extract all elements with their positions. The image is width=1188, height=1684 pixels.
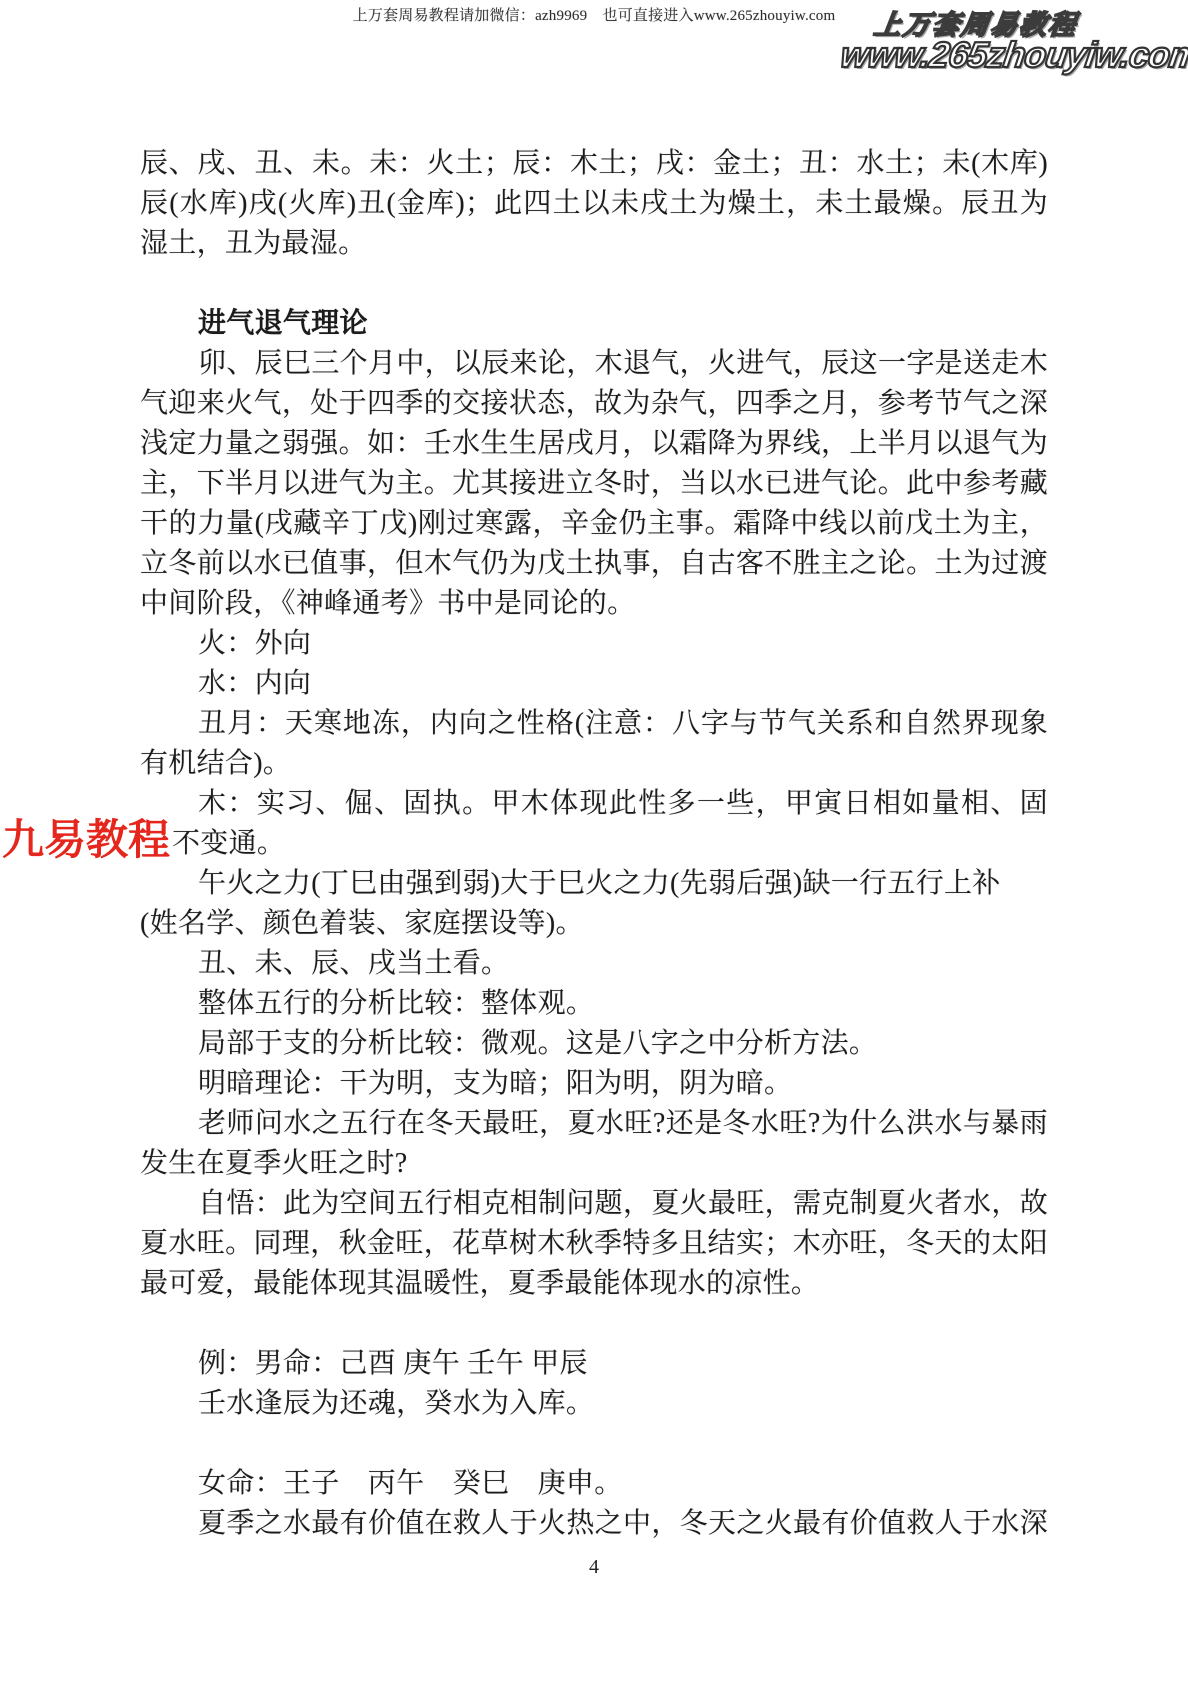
text-line: 丑、未、辰、戌当土看。 bbox=[140, 944, 1048, 984]
text-line: 浅定力量之弱强。如：壬水生生居戌月，以霜降为界线，上半月以退气为 bbox=[140, 424, 1048, 464]
text-line: 老师问水之五行在冬天最旺，夏水旺?还是冬水旺?为什么洪水与暴雨 bbox=[140, 1104, 1048, 1144]
text-line: 最可爱，最能体现其温暖性，夏季最能体现水的凉性。 bbox=[140, 1264, 1048, 1304]
text-line: 明暗理论：干为明，支为暗；阳为明，阴为暗。 bbox=[140, 1064, 1048, 1104]
document-page: { "header": { "notice": "上万套周易教程请加微信：azh… bbox=[0, 0, 1188, 1684]
text-line: 午火之力(丁巳由强到弱)大于巳火之力(先弱后强)缺一行五行上补 bbox=[140, 864, 1048, 904]
text-line: 木：实习、倔、固执。甲木体现此性多一些，甲寅日相如量相、固执、 bbox=[140, 784, 1048, 824]
text-line: 主，下半月以进气为主。尤其接进立冬时，当以水已进气论。此中参考藏 bbox=[140, 464, 1048, 504]
text-line: 辰、戌、丑、未。未：火土；辰：木土；戌：金土；丑：水土；未(木库) bbox=[140, 144, 1048, 184]
site-logo-url: www.265zhouyiw.com bbox=[838, 34, 1188, 76]
page-number: 4 bbox=[0, 1556, 1188, 1579]
text-line: 例：男命：己酉 庚午 壬午 甲辰 bbox=[140, 1344, 1048, 1384]
text-line: 有机结合)。 bbox=[140, 744, 1048, 784]
text-line: (姓名学、颜色着装、家庭摆设等)。 bbox=[140, 904, 1048, 944]
text-line: 立冬前以水已值事，但木气仍为戊土执事，自古客不胜主之论。土为过渡 bbox=[140, 544, 1048, 584]
text-line: 气迎来火气，处于四季的交接状态，故为杂气，四季之月，参考节气之深 bbox=[140, 384, 1048, 424]
text-line: 整体五行的分析比较：整体观。 bbox=[140, 984, 1048, 1024]
text-line: 壬水逢辰为还魂，癸水为入库。 bbox=[140, 1384, 1048, 1424]
text-line: 卯、辰巳三个月中，以辰来论，木退气，火进气，辰这一字是送走木 bbox=[140, 344, 1048, 384]
text-line: 火：外向 bbox=[140, 624, 1048, 664]
text-line: 中间阶段，《神峰通考》书中是同论的。 bbox=[140, 584, 1048, 624]
text-line: 湿土，丑为最湿。 bbox=[140, 224, 1048, 264]
watermark-text: 九易教程 bbox=[2, 819, 170, 861]
text-line: 不变通。 bbox=[140, 824, 1048, 864]
text-line: 夏季之水最有价值在救人于火热之中，冬天之火最有价值救人于水深 bbox=[140, 1504, 1048, 1544]
text-line: 夏水旺。同理，秋金旺，花草树木秋季特多且结实；木亦旺，冬天的太阳 bbox=[140, 1224, 1048, 1264]
text-line: 女命：王子 丙午 癸巳 庚申。 bbox=[140, 1464, 1048, 1504]
document-text-column: 辰、戌、丑、未。未：火土；辰：木土；戌：金土；丑：水土；未(木库) 辰(水库)戌… bbox=[140, 144, 1048, 1544]
text-line: 发生在夏季火旺之时? bbox=[140, 1144, 1048, 1184]
text-line: 丑月：天寒地冻，内向之性格(注意：八字与节气关系和自然界现象的 bbox=[140, 704, 1048, 744]
text-line: 辰(水库)戌(火库)丑(金库)；此四土以未戌土为燥土，未土最燥。辰丑为 bbox=[140, 184, 1048, 224]
text-line: 局部于支的分析比较：微观。这是八字之中分析方法。 bbox=[140, 1024, 1048, 1064]
text-line: 干的力量(戌藏辛丁戊)刚过寒露，辛金仍主事。霜降中线以前戊土为主， bbox=[140, 504, 1048, 544]
section-heading: 进气退气理论 bbox=[140, 304, 1048, 344]
text-line: 水：内向 bbox=[140, 664, 1048, 704]
text-line: 自悟：此为空间五行相克相制问题，夏火最旺，需克制夏火者水，故 bbox=[140, 1184, 1048, 1224]
